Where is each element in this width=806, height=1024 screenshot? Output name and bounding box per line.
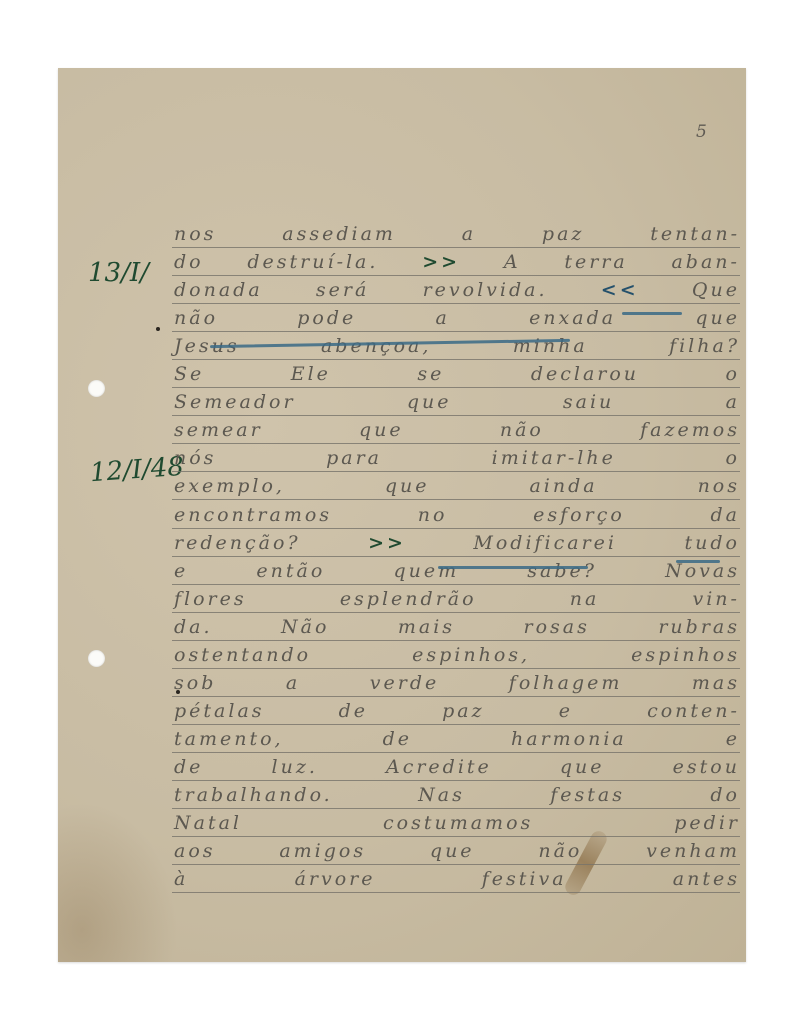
word: estou: [673, 756, 740, 778]
word: nós: [174, 447, 216, 469]
word: saiu: [563, 391, 614, 413]
manuscript-line: redenção?>>Modificareitudo: [174, 532, 740, 554]
word: à: [174, 868, 188, 890]
word: não: [174, 307, 218, 329]
manuscript-line: pétalasdepazeconten-: [174, 700, 740, 722]
margin-date-13-jan: 13/I/: [88, 258, 149, 288]
rule-line: [172, 696, 740, 697]
word: enxada: [529, 307, 616, 329]
word: donada: [174, 279, 263, 301]
word: Se: [174, 363, 204, 385]
rule-line: [172, 247, 740, 248]
word: da: [711, 504, 741, 526]
manuscript-line: Natalcostumamospedir: [174, 812, 740, 834]
word: espinhos: [631, 644, 740, 666]
word: destruí-la.: [247, 251, 378, 273]
word: semear: [174, 419, 263, 441]
word: e: [559, 700, 573, 722]
word: e: [174, 560, 188, 582]
rule-line: [172, 668, 740, 669]
manuscript-line: SeElesedeclarouo: [174, 363, 740, 385]
word: na: [570, 588, 600, 610]
rule-line: [172, 640, 740, 641]
word: terra: [564, 251, 627, 273]
word: esforço: [533, 504, 625, 526]
word: filha?: [669, 335, 740, 357]
rule-line: [172, 499, 740, 500]
manuscript-line: exemplo,queaindanos: [174, 475, 740, 497]
rule-line: [172, 752, 740, 753]
word: do: [710, 784, 740, 806]
rule-line: [172, 443, 740, 444]
punch-hole-upper: [88, 380, 105, 397]
word: pedir: [674, 812, 740, 834]
word: festiva: [482, 868, 567, 890]
word: A: [504, 251, 521, 273]
word: no: [418, 504, 448, 526]
word: tudo: [685, 532, 740, 554]
manuscript-line: floresesplendrãonavin-: [174, 588, 740, 610]
word: rubras: [658, 616, 740, 638]
rule-line: [172, 556, 740, 557]
rule-line: [172, 331, 740, 332]
word: pétalas: [174, 700, 265, 722]
word: aban-: [671, 251, 739, 273]
word: de: [339, 700, 368, 722]
word: Não: [281, 616, 329, 638]
manuscript-line: encontramosnoesforçoda: [174, 504, 740, 526]
word: nos: [698, 475, 740, 497]
word: não: [538, 840, 582, 862]
rule-line: [172, 892, 740, 893]
word: então: [256, 560, 325, 582]
word: rosas: [524, 616, 590, 638]
rule-line: [172, 612, 740, 613]
manuscript-line: sobaverdefolhagemmas: [174, 672, 740, 694]
word: tentan-: [650, 223, 740, 245]
word: folhagem: [509, 672, 623, 694]
word: festas: [550, 784, 625, 806]
manuscript-line: dodestruí-la.>>Aterraaban-: [174, 251, 740, 273]
word: conten-: [647, 700, 740, 722]
word: ostentando: [174, 644, 311, 666]
word: mais: [398, 616, 455, 638]
word: Ele: [291, 363, 331, 385]
corner-stain: [58, 802, 178, 962]
word: flores: [174, 588, 247, 610]
rule-line: [172, 275, 740, 276]
word: imitar-lhe: [492, 447, 616, 469]
punch-hole-lower: [88, 650, 105, 667]
rule-line: [172, 584, 740, 585]
word: da.: [174, 616, 213, 638]
manuscript-line: Semeadorquesaiua: [174, 391, 740, 413]
word: sob: [174, 672, 216, 694]
word: que: [560, 756, 605, 778]
word: tamento,: [174, 728, 284, 750]
word: antes: [673, 868, 740, 890]
word: do: [174, 251, 204, 273]
page-number: 5: [696, 122, 707, 142]
word: Acredite: [386, 756, 492, 778]
manuscript-line: nósparaimitar-lheo: [174, 447, 740, 469]
word: não: [500, 419, 544, 441]
rule-line: [172, 359, 740, 360]
manuscript-line: trabalhando.Nasfestasdo: [174, 784, 740, 806]
manuscript-line: ostentandoespinhos,espinhos: [174, 644, 740, 666]
word: será: [316, 279, 369, 301]
word: verde: [370, 672, 439, 694]
word: aos: [174, 840, 216, 862]
word: Novas: [665, 560, 740, 582]
manuscript-line: tamento,deharmoniae: [174, 728, 740, 750]
manuscript-line: nãopodeaenxadaque: [174, 307, 740, 329]
word: declarou: [531, 363, 639, 385]
word: que: [359, 419, 404, 441]
word: Modificarei: [473, 532, 617, 554]
word: redenção?: [174, 532, 301, 554]
word: trabalhando.: [174, 784, 333, 806]
word: Natal: [174, 812, 242, 834]
rule-line: [172, 836, 740, 837]
word: a: [462, 223, 476, 245]
word: exemplo,: [174, 475, 285, 497]
word: amigos: [279, 840, 366, 862]
word: sabe?: [527, 560, 597, 582]
manuscript-line: nosassediamapaztentan-: [174, 223, 740, 245]
word: Semeador: [174, 391, 296, 413]
rule-line: [172, 528, 740, 529]
word: a: [726, 391, 740, 413]
word: a: [436, 307, 450, 329]
pencil-dot: [176, 690, 180, 694]
word: o: [726, 447, 740, 469]
word: paz: [442, 700, 485, 722]
green-arrow-mark: >>: [422, 251, 460, 273]
word: vin-: [693, 588, 740, 610]
word: esplendrão: [340, 588, 477, 610]
word: assediam: [282, 223, 396, 245]
manuscript-line: àárvorefestivaantes: [174, 868, 740, 890]
rule-line: [172, 303, 740, 304]
manuscript-line: aosamigosquenãovenham: [174, 840, 740, 862]
word: revolvida.: [423, 279, 548, 301]
manuscript-line: da.Nãomaisrosasrubras: [174, 616, 740, 638]
word: pode: [297, 307, 356, 329]
word: venham: [646, 840, 740, 862]
rule-line: [172, 808, 740, 809]
word: abençoa,: [321, 335, 431, 357]
word: que: [430, 840, 475, 862]
manuscript-line: eentãoquemsabe?Novas: [174, 560, 740, 582]
rule-line: [172, 415, 740, 416]
word: harmonia: [511, 728, 627, 750]
word: espinhos,: [412, 644, 530, 666]
blue-underline-que: [622, 312, 682, 315]
word: encontramos: [174, 504, 332, 526]
word: para: [326, 447, 382, 469]
word: que: [385, 475, 430, 497]
rule-line: [172, 724, 740, 725]
word: costumamos: [383, 812, 533, 834]
word: árvore: [295, 868, 376, 890]
rule-line: [172, 780, 740, 781]
word: que: [407, 391, 452, 413]
word: se: [417, 363, 444, 385]
word: a: [286, 672, 300, 694]
blue-arrow-mark: <<: [601, 279, 639, 301]
word: paz: [542, 223, 585, 245]
blue-underline-modificarei: [438, 566, 588, 569]
word: fazemos: [640, 419, 740, 441]
word: ainda: [529, 475, 597, 497]
rule-line: [172, 387, 740, 388]
word: luz.: [272, 756, 318, 778]
rule-line: [172, 864, 740, 865]
pencil-dot: [156, 327, 160, 331]
word: quem: [393, 560, 459, 582]
word: de: [383, 728, 412, 750]
blue-underline-tudo: [676, 560, 720, 563]
word: que: [695, 307, 740, 329]
word: de: [174, 756, 203, 778]
manuscript-line: donadaserárevolvida.<<Que: [174, 279, 740, 301]
word: Nas: [418, 784, 465, 806]
manuscript-line: deluz.Acreditequeestou: [174, 756, 740, 778]
word: mas: [692, 672, 740, 694]
green-arrow-mark: >>: [368, 532, 406, 554]
manuscript-line: semearquenãofazemos: [174, 419, 740, 441]
word: Que: [692, 279, 740, 301]
word: nos: [174, 223, 216, 245]
word: o: [726, 363, 740, 385]
rule-line: [172, 471, 740, 472]
word: e: [726, 728, 740, 750]
